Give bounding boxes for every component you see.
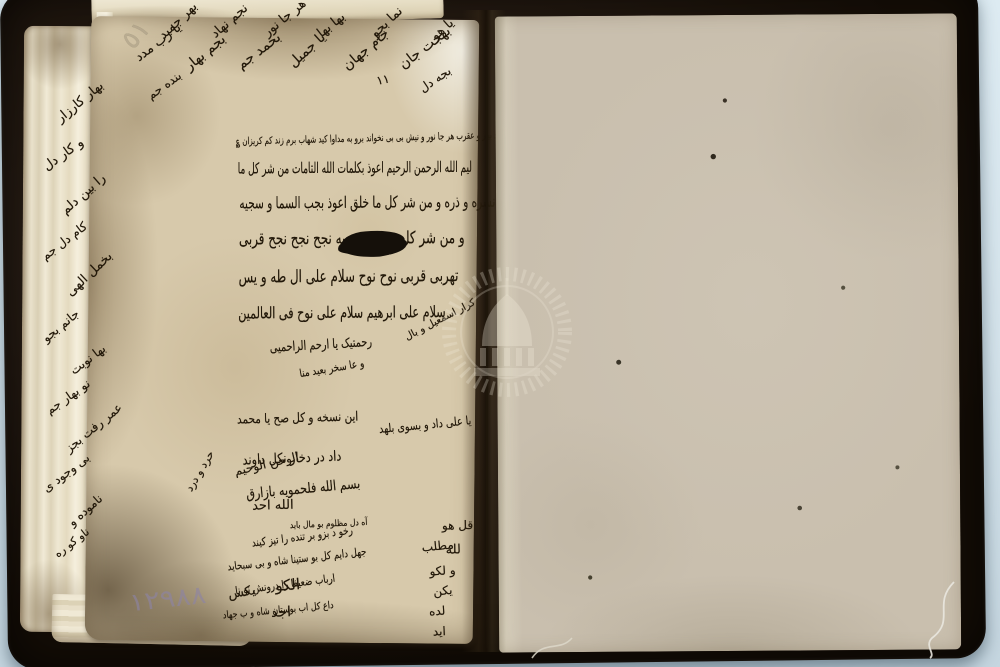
stray-thread — [902, 580, 972, 660]
top-marginalia: یا هو — [429, 16, 457, 42]
top-marginalia: بنده جم — [145, 69, 184, 101]
prayer-line: لیم الله الرحمن الرحیم اعوذ بکلمات الله … — [238, 160, 472, 177]
stray-thread — [530, 634, 574, 662]
side-note: و عا سخر بعید منا — [299, 358, 365, 380]
margin-note: حرد و درد — [184, 449, 216, 493]
bottom-note: جهل دایم کل بو ستینا شاه و بی سبحاید — [227, 546, 367, 572]
book-gutter — [462, 10, 506, 652]
gutter-word: مطلب — [421, 538, 454, 553]
handwriting-layer: یا رب مددبهر جمیدبجم بهارنجم نهادبحمد جم… — [85, 16, 480, 644]
owner-note: این نسخه و کل صح یا محمد — [237, 411, 358, 427]
pious-phrase: الله احد — [252, 499, 294, 513]
top-marginalia: بحمد جم — [235, 30, 284, 72]
prayer-line: تهربی قربی نوح نوح سلام علی ال طه و یس — [238, 268, 458, 287]
manuscript-photo: یا رب مددبهر جمیدبجم بهارنجم نهادبحمد جم… — [0, 0, 1000, 667]
prayer-line: سلام علی ابرهیم سلام علی نوح فی العالمین — [238, 304, 446, 321]
prayer-line: رحمتیک یا ارحم الراحمیی — [269, 336, 372, 355]
gutter-word: لده — [429, 605, 446, 618]
gutter-word: یکن — [433, 584, 453, 598]
top-marginalia: بجه دل — [417, 64, 453, 94]
gutter-word: اید — [433, 625, 446, 638]
prayer-line: نسره و ذره و من شر کل ما خلق اعوذ بجب ال… — [239, 194, 495, 212]
gutter-word: و لکو — [429, 564, 456, 578]
blank-right-page — [495, 13, 961, 652]
top-marginalia: ١١ — [375, 73, 390, 87]
owner-note: یا علی داد و بسوی بلهد — [378, 414, 471, 435]
manuscript-left-page: یا رب مددبهر جمیدبجم بهارنجم نهادبحمد جم… — [85, 16, 480, 644]
